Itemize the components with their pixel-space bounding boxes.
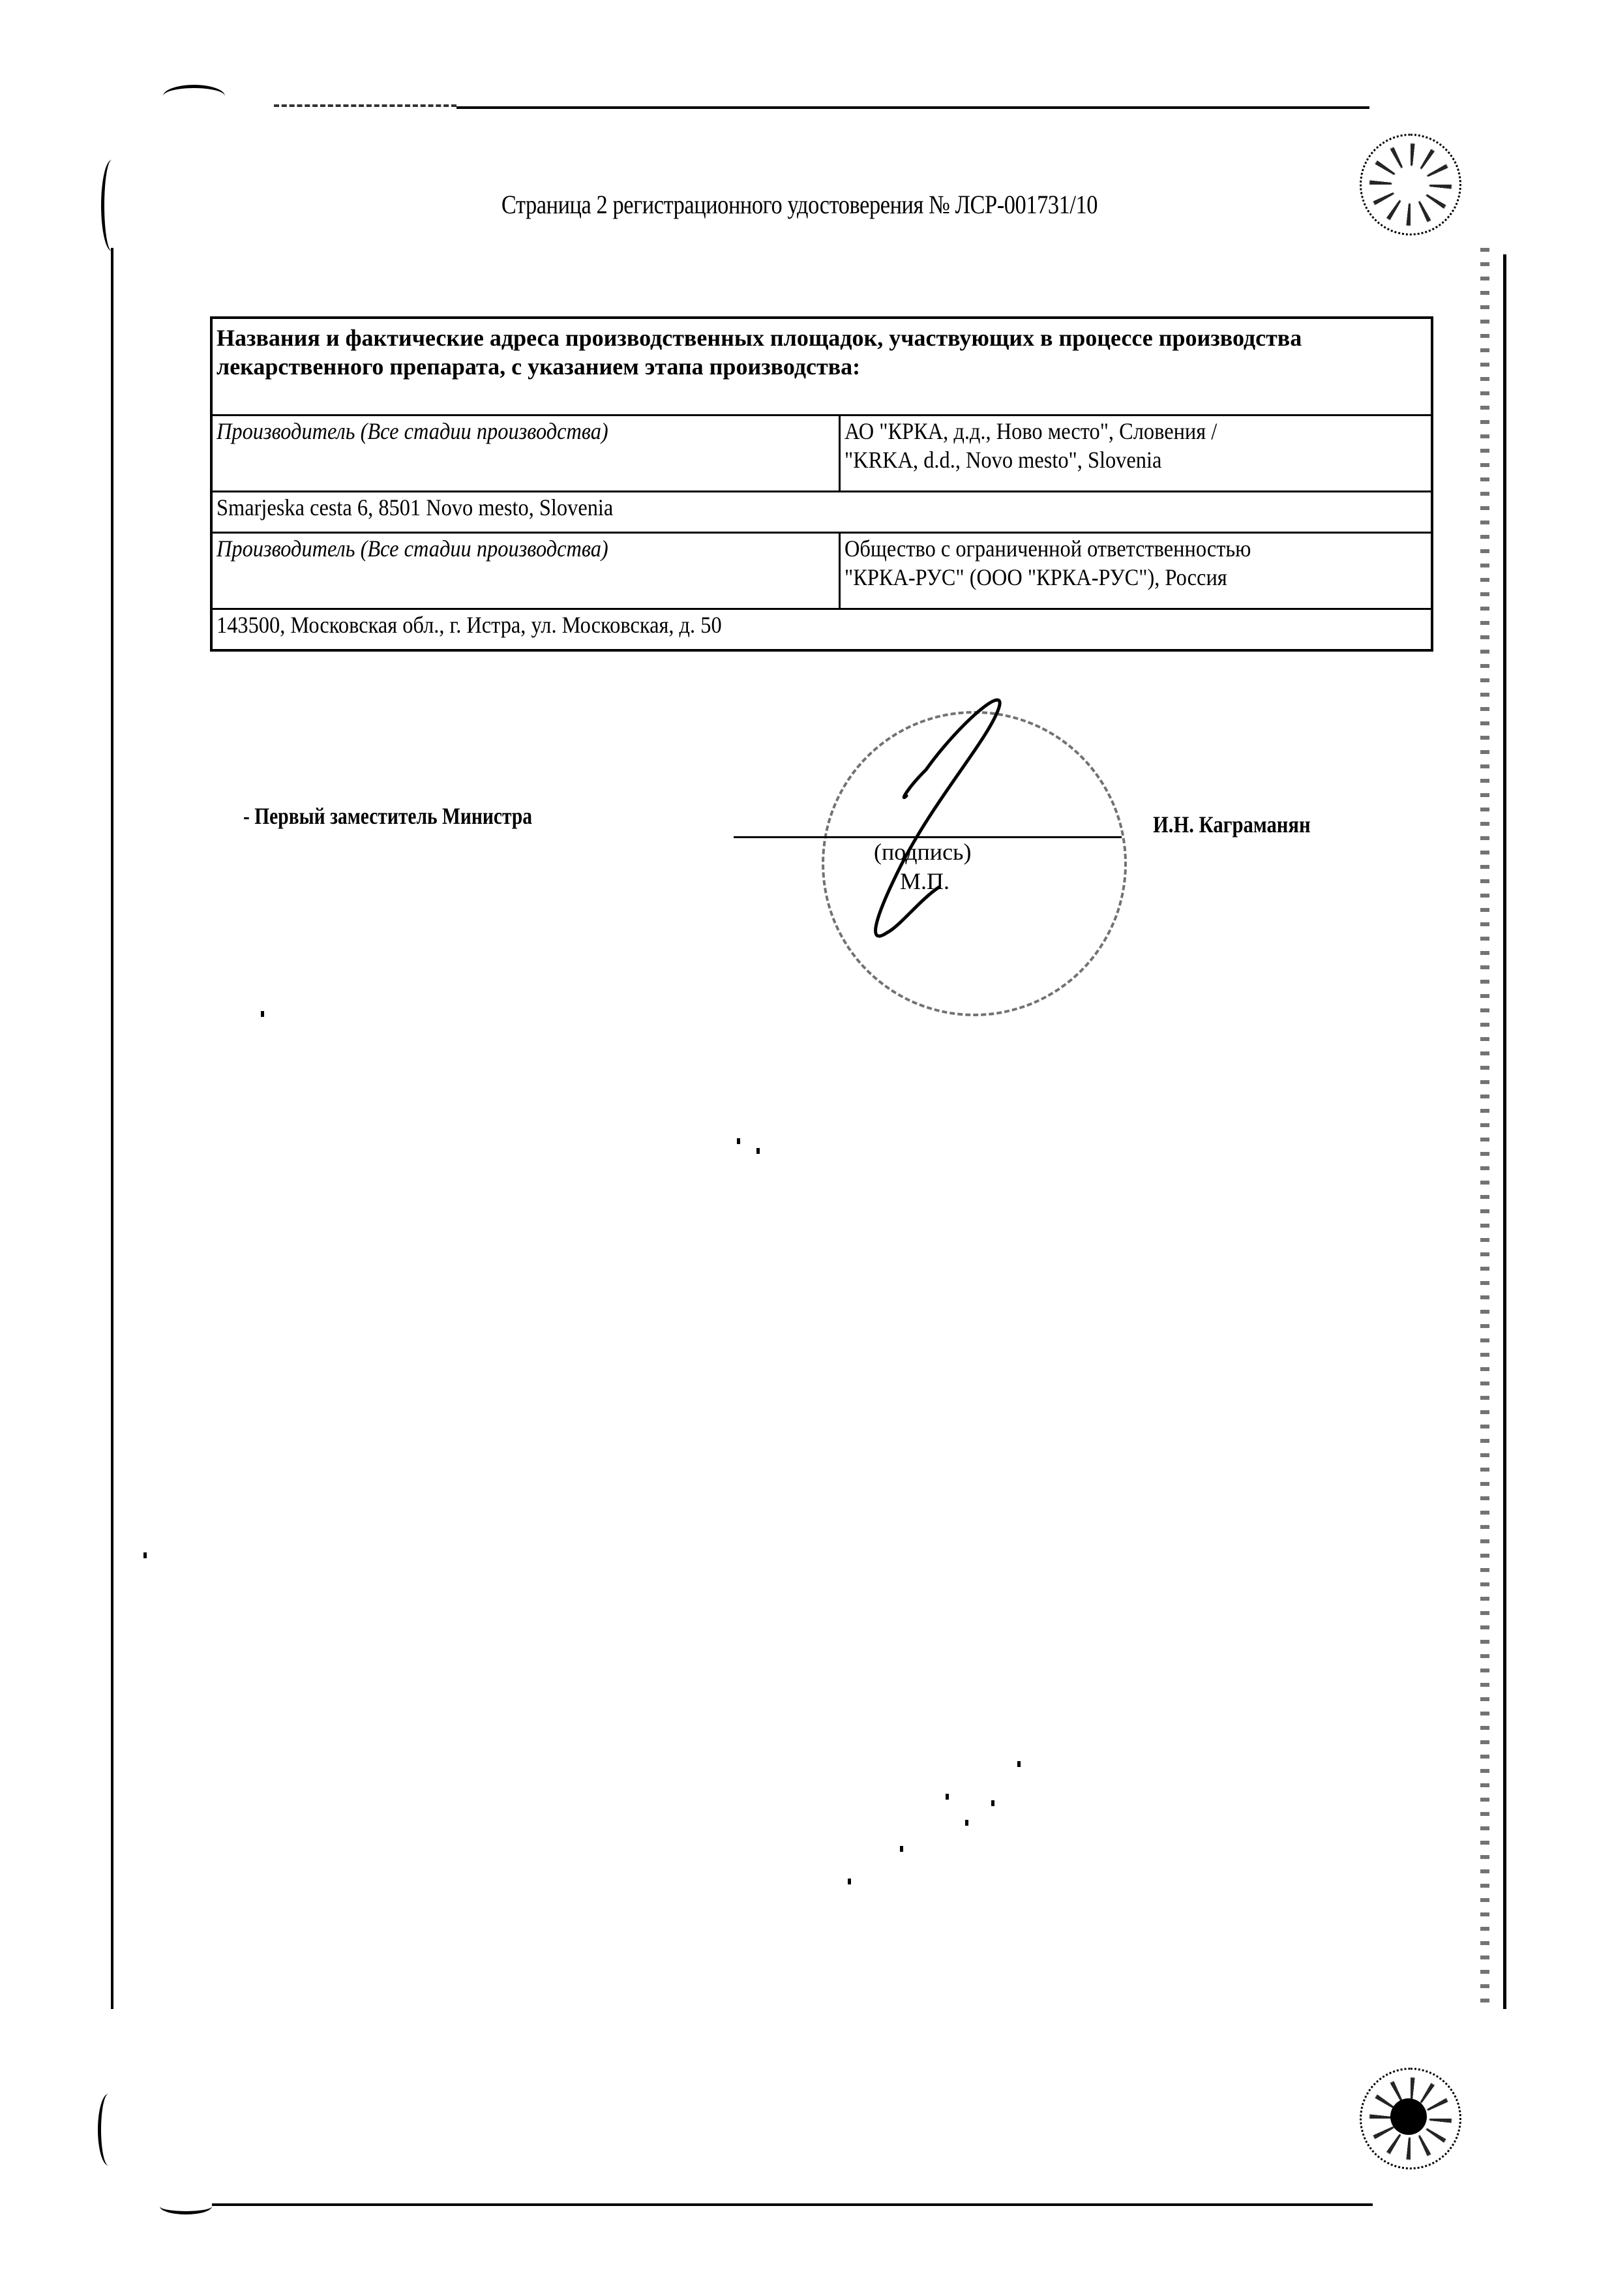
table-row: 143500, Московская обл., г. Истра, ул. М… bbox=[211, 609, 1432, 651]
frame-top-left-arc bbox=[163, 85, 225, 108]
scan-speck bbox=[261, 1011, 264, 1017]
manufacturer-address: 143500, Московская обл., г. Истра, ул. М… bbox=[211, 609, 1432, 651]
manufacturer-role: Производитель (Все стадии производства) bbox=[211, 415, 840, 492]
scan-speck bbox=[900, 1846, 903, 1852]
scan-speck bbox=[965, 1820, 968, 1826]
address-text: Smarjeska cesta 6, 8501 Novo mesto, Slov… bbox=[217, 494, 613, 522]
scan-speck bbox=[756, 1148, 760, 1154]
company-name-en: "KRKA, d.d., Novo mesto", Slovenia bbox=[844, 446, 1161, 475]
manufacturer-role: Производитель (Все стадии производства) bbox=[211, 533, 840, 609]
table-caption: Названия и фактические адреса производст… bbox=[211, 318, 1432, 415]
handwritten-signature-icon bbox=[828, 672, 1024, 946]
table-row: Производитель (Все стадии производства) … bbox=[211, 533, 1432, 609]
manufacturer-role-text: Производитель (Все стадии производства) bbox=[217, 535, 608, 564]
table-row: Производитель (Все стадии производства) … bbox=[211, 415, 1432, 492]
manufacturer-address: Smarjeska cesta 6, 8501 Novo mesto, Slov… bbox=[211, 492, 1432, 533]
company-name-short: "КРКА-РУС" (ООО "КРКА-РУС"), Россия bbox=[844, 564, 1227, 592]
address-text: 143500, Московская обл., г. Истра, ул. М… bbox=[217, 611, 722, 640]
scan-speck bbox=[1017, 1761, 1021, 1767]
production-sites-table: Названия и фактические адреса производст… bbox=[210, 316, 1433, 652]
table-row: Smarjeska cesta 6, 8501 Novo mesto, Slov… bbox=[211, 492, 1432, 533]
frame-right-guilloche bbox=[1480, 248, 1489, 2009]
scan-speck bbox=[848, 1879, 851, 1884]
manufacturer-role-text: Производитель (Все стадии производства) bbox=[217, 417, 608, 446]
frame-bottom-left-arc bbox=[160, 2198, 212, 2214]
rosette-top-right-petals-icon bbox=[1360, 134, 1461, 235]
manufacturer-company: Общество с ограниченной ответственностью… bbox=[840, 533, 1433, 609]
frame-top-dashed-border bbox=[274, 104, 456, 107]
signatory-position: - Первый заместитель Министра bbox=[243, 802, 532, 830]
scan-speck bbox=[946, 1794, 949, 1800]
scan-speck bbox=[991, 1800, 994, 1806]
table-caption-row: Названия и фактические адреса производст… bbox=[211, 318, 1432, 415]
frame-left-border bbox=[111, 248, 113, 2009]
frame-top-border bbox=[456, 106, 1369, 109]
company-name-ru: АО "КРКА, д.д., Ново место", Словения / bbox=[844, 417, 1217, 446]
signature-caption: (подпись) bbox=[874, 838, 971, 866]
frame-right-border bbox=[1503, 254, 1506, 2009]
frame-bottom-border bbox=[212, 2203, 1373, 2206]
signatory-name: И.Н. Каграманян bbox=[1153, 811, 1311, 838]
frame-left-bottom-bracket bbox=[98, 2094, 119, 2166]
stamp-caption: М.П. bbox=[900, 868, 949, 895]
manufacturer-company: АО "КРКА, д.д., Ново место", Словения / … bbox=[840, 415, 1433, 492]
company-name-full: Общество с ограниченной ответственностью bbox=[844, 535, 1251, 564]
rosette-center-dot-icon bbox=[1390, 2098, 1427, 2135]
scan-speck bbox=[143, 1552, 147, 1558]
scan-speck bbox=[737, 1138, 740, 1144]
page-header: Страница 2 регистрационного удостоверени… bbox=[112, 189, 1487, 220]
